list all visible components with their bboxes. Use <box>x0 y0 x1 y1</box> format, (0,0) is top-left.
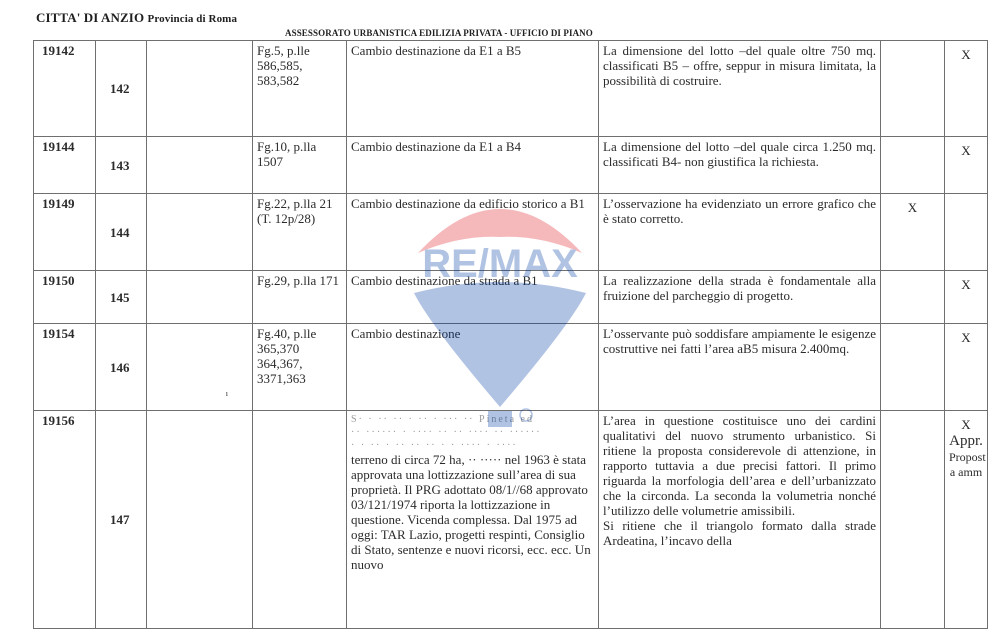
redacted-line: S· · ·· ·· · ·· · ··· ·· Pineta ed <box>351 413 594 426</box>
approval-label: Appr. <box>949 432 983 450</box>
redacted-line: ·· ······ · ···· ·· ·· ···· ·· ······ <box>351 426 594 439</box>
accepted-mark <box>881 324 945 411</box>
observations-table: 19142 142 Fg.5, p.lle 586,585, 583,582 C… <box>33 40 988 629</box>
cadastral-reference: Fg.40, p.lle 365,370 364,367, 3371,363 <box>253 324 347 411</box>
motivation-text: L’osservante può soddisfare ampiamente l… <box>599 324 881 411</box>
redacted-line: · · ·· · ·· ·· ·· · · ···· · ···· <box>351 439 594 452</box>
observation-number: 146 <box>96 324 147 411</box>
cadastral-reference: Fg.29, p.lla 171 <box>253 271 347 324</box>
table-row: 19154 146 ı Fg.40, p.lle 365,370 364,367… <box>34 324 988 411</box>
table-row: 19156 147 S· · ·· ·· · ·· · ··· ·· Pinet… <box>34 411 988 629</box>
request-description: Cambio destinazione da E1 a B5 <box>347 41 599 137</box>
motivation-paragraph: L’area in questione costituisce uno dei … <box>603 413 876 518</box>
rejected-mark <box>945 194 988 271</box>
request-description: Cambio destinazione <box>347 324 599 411</box>
stray-mark: ı <box>151 386 248 401</box>
request-text: terreno di circa 72 ha, ·· ····· nel 196… <box>351 452 594 572</box>
accepted-mark <box>881 41 945 137</box>
table-row: 19142 142 Fg.5, p.lle 586,585, 583,582 C… <box>34 41 988 137</box>
cadastral-reference: Fg.22, p.lla 21 (T. 12p/28) <box>253 194 347 271</box>
applicant-name <box>147 271 253 324</box>
rejected-mark: X <box>945 271 988 324</box>
cadastral-reference <box>253 411 347 629</box>
observation-number: 145 <box>96 271 147 324</box>
request-description: Cambio destinazione da E1 a B4 <box>347 137 599 194</box>
accepted-mark <box>881 137 945 194</box>
cadastral-reference: Fg.10, p.lla 1507 <box>253 137 347 194</box>
motivation-text: L’area in questione costituisce uno dei … <box>599 411 881 629</box>
applicant-name <box>147 194 253 271</box>
rejected-mark: X <box>945 324 988 411</box>
observation-number: 144 <box>96 194 147 271</box>
table-row: 19149 144 Fg.22, p.lla 21 (T. 12p/28) Ca… <box>34 194 988 271</box>
observation-number: 142 <box>96 41 147 137</box>
rejected-mark: X Appr. Propost a amm <box>945 411 988 629</box>
table-row: 19150 145 Fg.29, p.lla 171 Cambio destin… <box>34 271 988 324</box>
document-header: CITTA' DI ANZIO Provincia di Roma <box>36 10 237 26</box>
motivation-text: La realizzazione della strada è fondamen… <box>599 271 881 324</box>
city-name: CITTA' DI ANZIO <box>36 10 144 25</box>
protocol-number: 19154 <box>34 324 96 411</box>
rejected-mark: X <box>945 41 988 137</box>
accepted-mark <box>881 411 945 629</box>
protocol-number: 19144 <box>34 137 96 194</box>
motivation-text: L’osservazione ha evidenziato un errore … <box>599 194 881 271</box>
protocol-number: 19142 <box>34 41 96 137</box>
motivation-text: La dimensione del lotto –del quale circa… <box>599 137 881 194</box>
accepted-mark <box>881 271 945 324</box>
observation-number: 143 <box>96 137 147 194</box>
applicant-name <box>147 411 253 629</box>
province-name: Provincia di Roma <box>148 13 238 25</box>
applicant-name <box>147 41 253 137</box>
applicant-name: ı <box>147 324 253 411</box>
request-description: Cambio destinazione da strada a B1 <box>347 271 599 324</box>
table-row: 19144 143 Fg.10, p.lla 1507 Cambio desti… <box>34 137 988 194</box>
rejected-mark: X <box>945 137 988 194</box>
cadastral-reference: Fg.5, p.lle 586,585, 583,582 <box>253 41 347 137</box>
applicant-name <box>147 137 253 194</box>
motivation-text: La dimensione del lotto –del quale oltre… <box>599 41 881 137</box>
observation-number: 147 <box>96 411 147 629</box>
protocol-number: 19156 <box>34 411 96 629</box>
motivation-paragraph: Si ritiene che il triangolo formato dall… <box>603 518 876 548</box>
accepted-mark: X <box>881 194 945 271</box>
approval-note: Propost a amm <box>949 450 983 480</box>
rejected-x: X <box>961 417 970 432</box>
protocol-number: 19150 <box>34 271 96 324</box>
office-title: ASSESSORATO URBANISTICA EDILIZIA PRIVATA… <box>285 28 593 38</box>
request-description: S· · ·· ·· · ·· · ··· ·· Pineta ed ·· ··… <box>347 411 599 629</box>
request-description: Cambio destinazione da edificio storico … <box>347 194 599 271</box>
protocol-number: 19149 <box>34 194 96 271</box>
